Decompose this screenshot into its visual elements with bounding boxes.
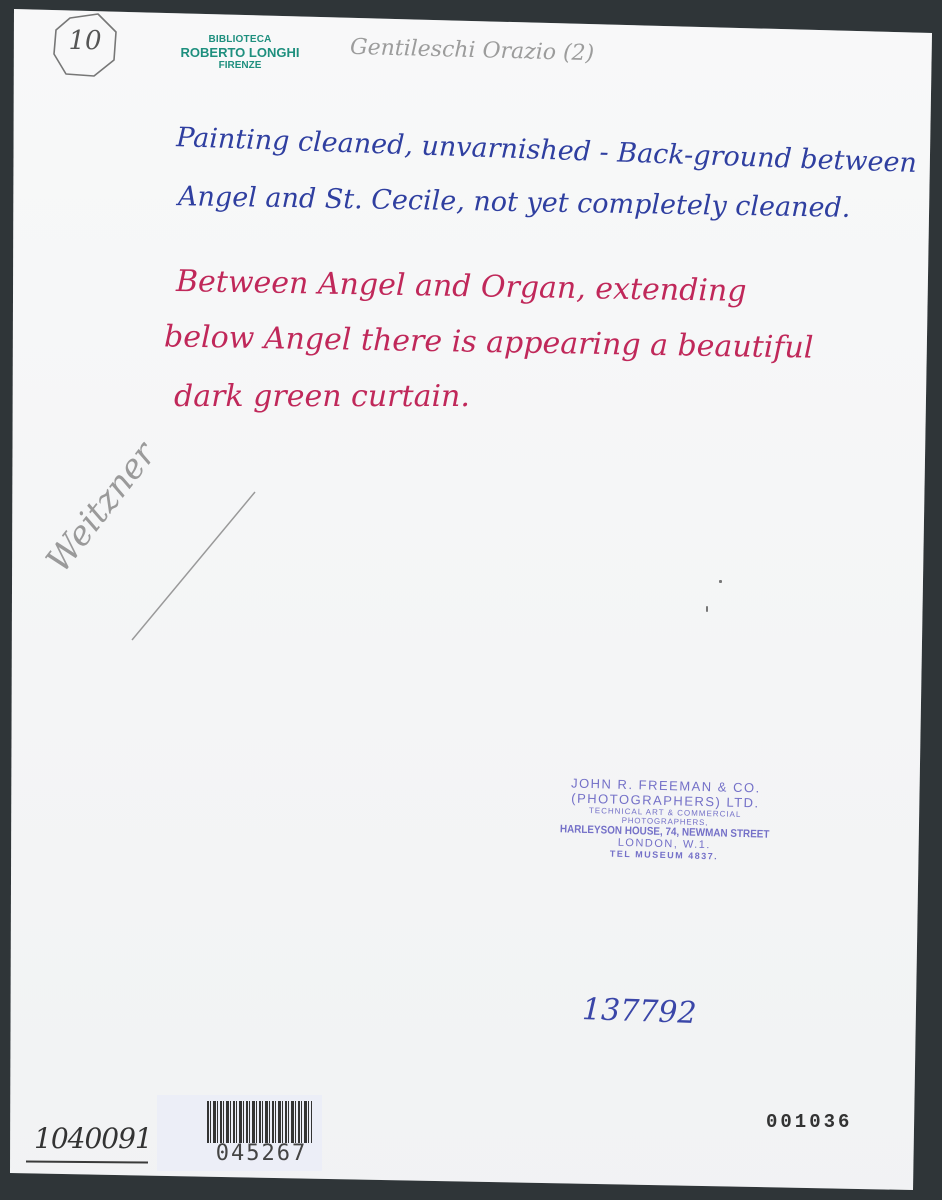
paper-speck	[706, 606, 708, 612]
red-ink-note: Between Angel and Organ, extending below…	[164, 262, 904, 422]
barcode-label: 045267	[157, 1095, 322, 1171]
barcode-icon	[207, 1101, 312, 1143]
red-note-line-3: dark green curtain.	[174, 372, 470, 422]
pencil-stroke-icon	[120, 480, 280, 650]
circled-number-text: 10	[48, 26, 122, 56]
library-stamp-line1: BIBLIOTECA	[170, 34, 310, 46]
photographer-stamp: JOHN R. FREEMAN & CO. (PHOTOGRAPHERS) LT…	[519, 774, 811, 864]
red-note-line-2: below Angel there is appearing a beautif…	[164, 312, 814, 373]
blue-note-line-2: Angel and St. Cecile, not yet completely…	[178, 174, 851, 232]
paper-speck	[719, 580, 722, 583]
barcode-number: 045267	[209, 1141, 314, 1166]
library-stamp-line3: FIRENZE	[170, 60, 310, 72]
blue-ink-note: Painting cleaned, unvarnished - Back-gro…	[176, 128, 896, 228]
inventory-number: 1040091	[34, 1122, 152, 1155]
red-note-line-1: Between Angel and Organ, extending	[176, 257, 747, 317]
library-stamp-line2: ROBERTO LONGHI	[170, 46, 310, 61]
serial-stamp: 001036	[766, 1111, 852, 1133]
handwritten-number: 137792	[581, 992, 697, 1031]
circled-number: 10	[48, 10, 122, 80]
library-stamp: BIBLIOTECA ROBERTO LONGHI FIRENZE	[170, 34, 310, 72]
